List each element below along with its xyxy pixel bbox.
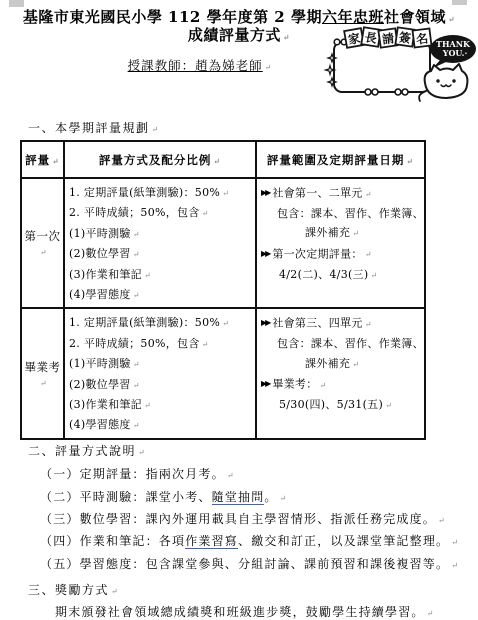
- section3-heading: 三、獎勵方式: [28, 581, 119, 598]
- note-line-5: （五）學習態度：包含課堂參與、分組討論、課前預習和課後複習等。: [40, 555, 459, 572]
- double-arrow-icon: ▶▶: [261, 188, 269, 197]
- double-arrow-icon: ▶▶: [261, 379, 269, 388]
- table-row-first-exam: 第一次 1. 定期評量(紙筆測驗)：50% 2. 平時成績；50%，包含 (1)…: [21, 178, 425, 308]
- document-page: 基隆市東光國民小學 112 學年度第 2 學期六年忠班社會領域 成績評量方式 授…: [0, 0, 478, 620]
- note-line-1: （一）定期評量：指兩次月考。: [40, 465, 235, 482]
- sign-char: 名: [415, 30, 429, 46]
- method-line: (3)作業和筆記: [69, 395, 253, 415]
- sign-stamp-group: 家 長 請 簽 名: [344, 27, 431, 48]
- table-row-final-exam: 畢業考 1. 定期評量(紙筆測驗)：50% 2. 平時成績；50%，包含 (1)…: [21, 308, 425, 438]
- sign-char: 長: [364, 29, 378, 46]
- method-line: 1. 定期評量(紙筆測驗)：50%: [69, 313, 253, 333]
- scope-line: 課外補充: [305, 223, 422, 243]
- sign-char: 簽: [398, 29, 412, 46]
- sign-char: 家: [347, 30, 361, 47]
- methods-cell: 1. 定期評量(紙筆測驗)：50% 2. 平時成績；50%，包含 (1)平時測驗…: [64, 178, 256, 308]
- section2-heading: 二、評量方式說明: [28, 442, 146, 459]
- scope-cell: ▶▶社會第三、四單元 包含：課本、習作、作業簿、 課外補充 ▶▶畢業考： 5/3…: [256, 308, 425, 438]
- underlined-term: 作業習寫: [185, 534, 238, 549]
- scope-line: 包含：課本、習作、作業簿、: [277, 204, 422, 223]
- scope-line: 包含：課本、習作、作業簿、: [277, 334, 422, 353]
- signature-box: [334, 42, 430, 92]
- method-line: (2)數位學習: [69, 375, 253, 395]
- loop-icon: [365, 89, 371, 95]
- scope-line: 5/30(四)、5/31(五): [279, 395, 422, 415]
- assessment-table: 評量 評量方式及配分比例 評量範圍及定期評量日期 第一次 1. 定期評量(紙筆測…: [20, 140, 426, 440]
- row-label: 第一次: [21, 178, 64, 308]
- method-line: (4)學習態度: [69, 285, 253, 305]
- method-line: (3)作業和筆記: [69, 265, 253, 285]
- methods-cell: 1. 定期評量(紙筆測驗)：50% 2. 平時成績；50%，包含 (1)平時測驗…: [64, 308, 256, 438]
- bubble-text-line2: YOU.·: [442, 48, 468, 58]
- parent-signature-sticker: 家 長 請 簽 名 THANK YOU.·: [320, 26, 478, 112]
- double-arrow-icon: ▶▶: [261, 318, 269, 327]
- loop-icon: [402, 89, 408, 95]
- method-line: 2. 平時成績；50%，包含: [69, 334, 253, 354]
- scope-line: 4/2(二)、4/3(三): [279, 265, 422, 285]
- loop-icon: [372, 89, 378, 95]
- scope-cell: ▶▶社會第一、二單元 包含：課本、習作、作業簿、 課外補充 ▶▶第一次定期評量：…: [256, 178, 425, 308]
- method-line: (1)平時測驗: [69, 224, 253, 244]
- method-line: (2)數位學習: [69, 244, 253, 264]
- loop-icon: [395, 89, 401, 95]
- double-arrow-icon: ▶▶: [261, 249, 269, 258]
- underlined-term: 隨堂抽問: [212, 490, 265, 505]
- note-line-3: （三）數位學習：課內外運用載具自主學習情形、指派任務完成度。: [40, 510, 446, 527]
- scope-line: ▶▶社會第一、二單元: [261, 183, 422, 204]
- teacher-line: 授課教師：趙為娣老師: [60, 56, 340, 74]
- section3-body: 期末頒發社會領域總成績獎和班級進步獎，鼓勵學生持續學習。: [55, 603, 435, 620]
- scope-line: 課外補充: [305, 354, 422, 374]
- scope-line: ▶▶第一次定期評量：: [261, 244, 422, 265]
- sign-char: 請: [381, 30, 395, 47]
- col-header-scope: 評量範圍及定期評量日期: [256, 141, 425, 178]
- section1-heading: 一、本學期評量規劃: [28, 119, 160, 136]
- table-header-row: 評量 評量方式及配分比例 評量範圍及定期評量日期: [21, 141, 425, 178]
- page-edge-artifact-right: [452, 0, 467, 5]
- col-header-assessment: 評量: [21, 141, 64, 178]
- note-line-4: （四）作業和筆記：各項作業習寫、繳交和訂正，以及課堂筆記整理。: [40, 532, 459, 549]
- method-line: 2. 平時成績；50%，包含: [69, 203, 253, 223]
- loop-icon: [334, 39, 340, 45]
- method-line: (1)平時測驗: [69, 354, 253, 374]
- cat-doodle: [419, 64, 467, 101]
- row-label: 畢業考: [21, 308, 64, 438]
- note-line-2: （二）平時測驗：課堂小考、隨堂抽問。: [40, 488, 288, 505]
- method-line: (4)學習態度: [69, 415, 253, 435]
- method-line: 1. 定期評量(紙筆測驗)：50%: [69, 183, 253, 203]
- thank-you-bubble: THANK YOU.·: [430, 35, 476, 68]
- scope-line: ▶▶社會第三、四單元: [261, 313, 422, 334]
- col-header-method: 評量方式及配分比例: [64, 141, 256, 178]
- scope-line: ▶▶畢業考：: [261, 374, 422, 395]
